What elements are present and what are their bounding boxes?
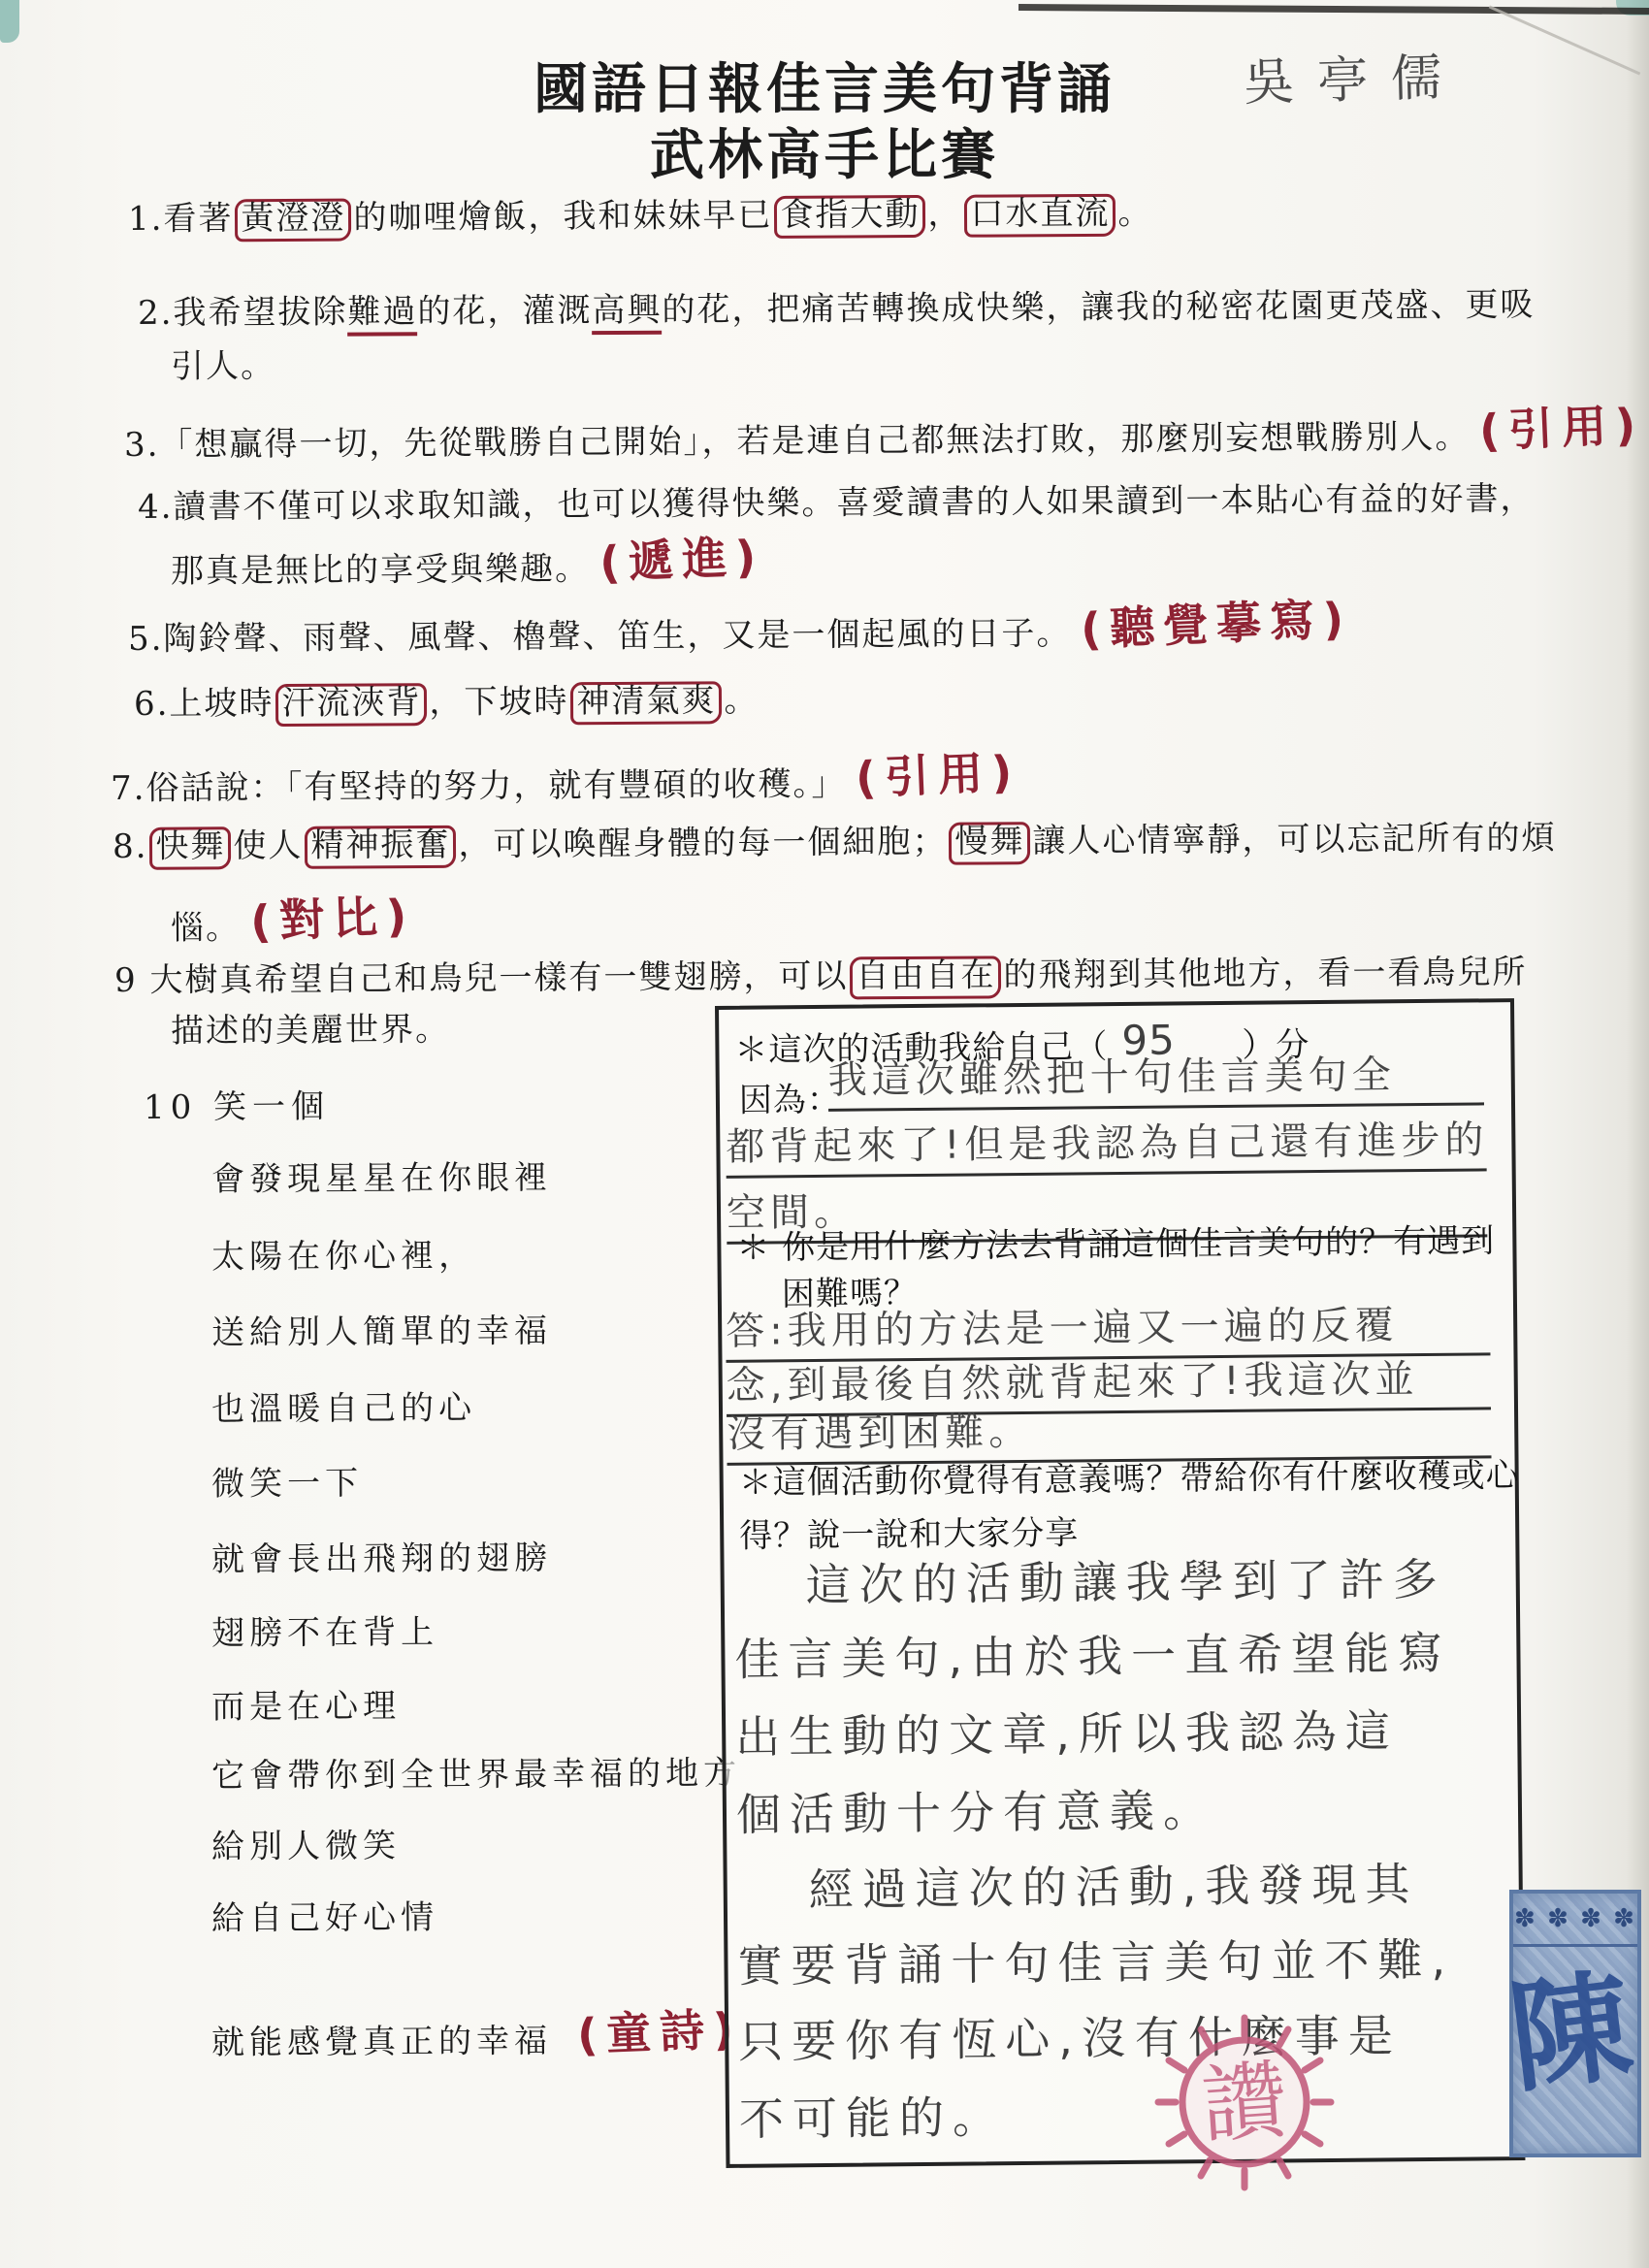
- red-pen-circled-word: 快舞: [149, 826, 231, 869]
- poem-line-3: 送給別人簡單的幸福: [211, 1304, 552, 1353]
- poem-line-12: 就能感覺真正的幸福 (童詩): [211, 2000, 742, 2067]
- poem-line-2: 太陽在你心裡，: [211, 1229, 476, 1278]
- sentence-2-line2: 引人。: [171, 339, 275, 387]
- printed-text: 。: [724, 681, 759, 720]
- red-pen-circled-word: 口水直流: [964, 194, 1115, 238]
- poem-line-11: 給自己好心情: [211, 1891, 438, 1939]
- red-pen-annotation: (遞進): [598, 521, 766, 592]
- scan-artifact-top-left: [0, 0, 19, 43]
- meaning-answer-line-3: 出生動的文章,所以我認為這: [735, 1696, 1399, 1766]
- meaning-answer-line-1: 這次的活動讓我學到了許多: [805, 1544, 1446, 1614]
- red-pen-circled-word: 神清氣爽: [570, 681, 722, 725]
- printed-text: ，可以喚醒身體的每一個細胞；: [458, 823, 947, 864]
- praise-stamp-character: 讚: [1199, 2050, 1294, 2155]
- praise-stamp: 讚: [1143, 2000, 1346, 2214]
- teacher-signature: 陳: [1500, 1929, 1640, 2116]
- printed-text: 8.: [113, 827, 148, 866]
- poem-line-7: 翅膀不在背上: [211, 1605, 438, 1654]
- because-label: 因為：: [739, 1073, 841, 1121]
- red-pen-annotation: (對比): [249, 881, 417, 952]
- sentence-9-line1: 9 大樹真希望自己和鳥兒一樣有一雙翅膀，可以自由自在的飛翔到其他地方，看一看鳥兒…: [114, 945, 1528, 1004]
- meaning-answer-line-2: 佳言美句,由於我一直希望能寫: [734, 1618, 1451, 1689]
- poem-line-1: 會發現星星在你眼裡: [211, 1150, 552, 1200]
- sentence-3: 3.「想贏得一切，先從戰勝自己開始」，若是連自己都無法打敗，那麼別妄想戰勝別人。…: [124, 396, 1645, 470]
- sentence-6: 6.上坡時汗流浹背，下坡時神清氣爽。: [134, 673, 760, 728]
- printed-text: 使人: [233, 826, 303, 865]
- scanned-worksheet-page: 國語日報佳言美句背誦 武林高手比賽 吳亭儒 1.看著黃澄澄的咖哩燴飯，我和妹妹早…: [0, 0, 1649, 2268]
- meaning-answer-line-8: 不可能的。: [739, 2082, 1007, 2149]
- because-answer-line-2: 都背起來了!但是我認為自己還有進步的: [726, 1109, 1487, 1179]
- red-pen-underlined-word: 難過: [347, 292, 417, 336]
- poem-line-9: 它會帶你到全世界最幸福的地方: [211, 1746, 741, 1797]
- red-pen-circled-word: 黃澄澄: [235, 199, 351, 242]
- student-name: 吳亭儒: [1243, 36, 1466, 114]
- printed-text: 描述的美麗世界。: [171, 1010, 450, 1051]
- sentence-4-line1: 4.讀書不僅可以求取知識，也可以獲得快樂。喜愛讀書的人如果讀到一本貼心有益的好書…: [138, 471, 1536, 528]
- printed-text: 9 大樹真希望自己和鳥兒一樣有一雙翅膀，可以: [114, 956, 849, 1000]
- meaning-answer-line-6: 實要背誦十句佳言美句並不難,: [737, 1925, 1454, 1995]
- poem-line-8: 而是在心理: [211, 1679, 401, 1728]
- red-pen-circled-word: 精神振奮: [305, 826, 456, 869]
- poem-line-10: 給別人微笑: [211, 1819, 401, 1867]
- meaning-answer-line-5: 經過這次的活動,我發現其: [808, 1849, 1418, 1919]
- sentence-9-line2: 描述的美麗世界。: [171, 1002, 450, 1052]
- poem-heading: 10 笑一個: [144, 1080, 330, 1128]
- printed-text: 那真是無比的享受與樂趣。: [171, 549, 590, 591]
- meaning-answer-line-4: 個活動十分有意義。: [736, 1775, 1217, 1844]
- printed-text: 2.我希望拔除: [138, 293, 348, 333]
- printed-text: 就能感覺真正的幸福: [211, 2022, 567, 2062]
- red-pen-annotation: (童詩): [576, 1993, 744, 2064]
- red-pen-circled-word: 慢舞: [949, 822, 1030, 864]
- printed-text: 的花，把痛苦轉換成快樂，讓我的秘密花園更茂盛、更吸: [662, 285, 1535, 329]
- sentence-8-line1: 8.快舞使人精神振奮，可以喚醒身體的每一個細胞；慢舞讓人心情寧靜，可以忘記所有的…: [113, 811, 1557, 870]
- printed-text: 3.「想贏得一切，先從戰勝自己開始」，若是連自己都無法打敗，那麼別妄想戰勝別人。: [124, 418, 1471, 465]
- teacher-signature-stamp: ✽ ✽ ✽ ✽ 陳: [1509, 1890, 1641, 2157]
- printed-text: 1.看著: [128, 199, 234, 239]
- printed-text: 惱。: [171, 909, 241, 948]
- printed-text: 。: [1117, 194, 1152, 233]
- page-title-line2: 武林高手比賽: [407, 113, 1242, 190]
- red-pen-circled-word: 食指大動: [774, 195, 925, 239]
- red-pen-annotation: (引用): [855, 736, 1022, 807]
- printed-text: 5.陶鈴聲、雨聲、風聲、櫓聲、笛生，又是一個起風的日子。: [128, 614, 1072, 659]
- because-answer-line-1: 我這次雖然把十句佳言美句全: [827, 1043, 1484, 1111]
- poem-line-5: 微笑一下: [211, 1456, 363, 1505]
- red-pen-circled-word: 汗流浹背: [275, 683, 427, 727]
- poem-line-4: 也溫暖自己的心: [211, 1381, 476, 1430]
- sentence-2-line1: 2.我希望拔除難過的花，灌溉高興的花，把痛苦轉換成快樂，讓我的秘密花園更茂盛、更…: [138, 277, 1536, 334]
- meaning-question-line1: ＊這個活動你覺得有意義嗎？帶給你有什麼收穫或心: [738, 1448, 1519, 1504]
- paper-crease: [1489, 6, 1641, 76]
- sentence-1: 1.看著黃澄澄的咖哩燴飯，我和妹妹早已食指大動，口水直流。: [128, 186, 1153, 243]
- printed-text: 6.上坡時: [134, 684, 275, 724]
- method-question-line1: ＊ 你是用什麼方法去背誦這個佳言美句的？有遇到: [736, 1214, 1495, 1269]
- sentence-4-line2: 那真是無比的享受與樂趣。(遞進): [171, 528, 764, 596]
- scan-edge-shadow: [1018, 4, 1649, 15]
- printed-text: 的咖哩燴飯，我和妹妹早已: [353, 196, 772, 238]
- sentence-5: 5.陶鈴聲、雨聲、風聲、櫓聲、笛生，又是一個起風的日子。(聽覺摹寫): [128, 592, 1353, 664]
- survey-box: ＊這次的活動我給自己（95）分 因為： 我這次雖然把十句佳言美句全 都背起來了!…: [715, 998, 1525, 2168]
- red-pen-annotation: (聽覺摹寫): [1080, 583, 1354, 658]
- red-pen-circled-word: 自由自在: [850, 956, 1001, 999]
- printed-text: 引人。: [171, 346, 275, 386]
- printed-text: 的飛翔到其他地方，看一看鳥兒所: [1003, 953, 1527, 994]
- printed-text: 4.讀書不僅可以求取知識，也可以獲得快樂。喜愛讀書的人如果讀到一本貼心有益的好書…: [138, 479, 1536, 527]
- poem-line-6: 就會長出飛翔的翅膀: [211, 1531, 552, 1580]
- printed-text: 讓人心情寧靜，可以忘記所有的煩: [1032, 819, 1556, 860]
- printed-text: ，: [927, 195, 962, 234]
- printed-text: 7.俗話說：「有堅持的努力，就有豐碩的收穫。」: [111, 764, 847, 808]
- printed-text: ，下坡時: [429, 682, 568, 722]
- red-pen-underlined-word: 高興: [592, 291, 662, 335]
- red-pen-annotation: (引用): [1478, 389, 1646, 460]
- sentence-7: 7.俗話說：「有堅持的努力，就有豐碩的收穫。」(引用): [111, 743, 1021, 813]
- sentence-8-line2: 惱。(對比): [171, 887, 415, 953]
- printed-text: 的花，灌溉: [417, 291, 592, 331]
